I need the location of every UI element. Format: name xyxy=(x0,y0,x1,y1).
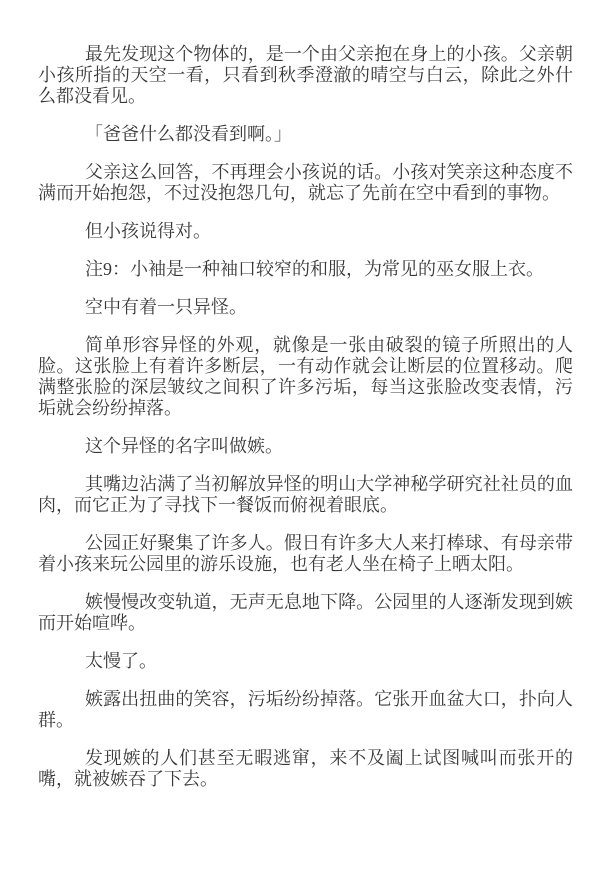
paragraph: 最先发现这个物体的，是一个由父亲抱在身上的小孩。父亲朝小孩所指的天空一看，只看到… xyxy=(38,44,573,107)
paragraph: 太慢了。 xyxy=(38,651,573,672)
paragraph-dialogue: 「爸爸什么都没看到啊。」 xyxy=(38,124,573,145)
paragraph: 简单形容异怪的外观，就像是一张由破裂的镜子所照出的人脸。这张脸上有着许多断层，一… xyxy=(38,335,573,419)
paragraph-footnote: 注9：小袖是一种袖口较窄的和服，为常见的巫女服上衣。 xyxy=(38,259,573,280)
paragraph: 但小孩说得对。 xyxy=(38,221,573,242)
paragraph: 嫉慢慢改变轨道，无声无息地下降。公园里的人逐渐发现到嫉而开始喧哗。 xyxy=(38,592,573,634)
paragraph: 父亲这么回答，不再理会小孩说的话。小孩对笑亲这种态度不满而开始抱怨，不过没抱怨几… xyxy=(38,162,573,204)
paragraph: 发现嫉的人们甚至无暇逃窜，来不及阖上试图喊叫而张开的嘴，就被嫉吞了下去。 xyxy=(38,748,573,790)
paragraph: 嫉露出扭曲的笑容，污垢纷纷掉落。它张开血盆大口，扑向人群。 xyxy=(38,689,573,731)
paragraph: 这个异怪的名字叫做嫉。 xyxy=(38,436,573,457)
document-page: 最先发现这个物体的，是一个由父亲抱在身上的小孩。父亲朝小孩所指的天空一看，只看到… xyxy=(0,0,613,869)
paragraph: 其嘴边沾满了当初解放异怪的明山大学神秘学研究社社员的血肉，而它正为了寻找下一餐饭… xyxy=(38,474,573,516)
paragraph: 公园正好聚集了许多人。假日有许多大人来打棒球、有母亲带着小孩来玩公园里的游乐设施… xyxy=(38,533,573,575)
paragraph: 空中有着一只异怪。 xyxy=(38,297,573,318)
